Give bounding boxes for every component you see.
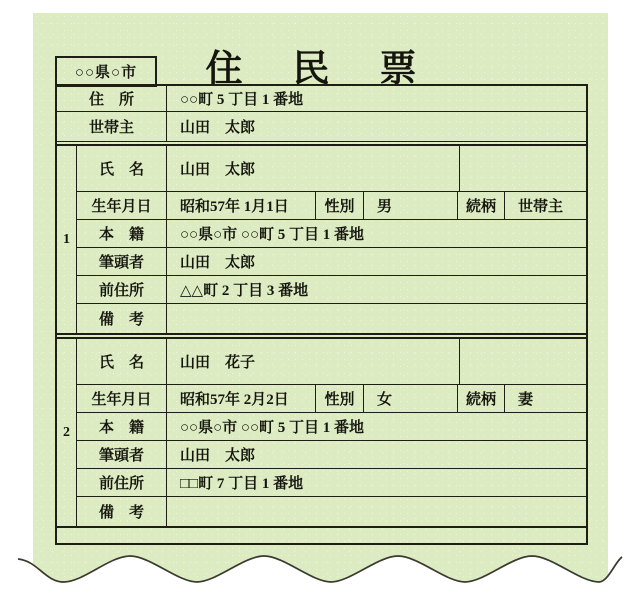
- birth-value: 昭和57年 2月2日: [167, 385, 316, 412]
- domicile-row: 本 籍 ○○県○市 ○○町 5 丁目 1 番地: [77, 413, 586, 441]
- birth-label: 生年月日: [77, 192, 167, 219]
- name-label: 氏 名: [77, 339, 167, 384]
- address-value: ○○町 5 丁目 1 番地: [167, 86, 586, 111]
- remarks-row: 備 考: [77, 304, 586, 333]
- record-block-1: 1 氏 名 山田 太郎 生年月日 昭和57年 1月1日 性別 男 続柄 世帯主 …: [57, 144, 586, 335]
- name-value: 山田 太郎: [167, 146, 460, 191]
- prev-address-row: 前住所 △△町 2 丁目 3 番地: [77, 276, 586, 304]
- address-row: 住 所 ○○町 5 丁目 1 番地: [57, 86, 586, 112]
- prev-address-label: 前住所: [77, 469, 167, 496]
- prev-address-value: □□町 7 丁目 1 番地: [167, 469, 586, 496]
- prev-address-row: 前住所 □□町 7 丁目 1 番地: [77, 469, 586, 497]
- remarks-value: [167, 304, 586, 333]
- remarks-value: [167, 497, 586, 526]
- remarks-label: 備 考: [77, 304, 167, 333]
- residence-certificate-table: 住 所 ○○町 5 丁目 1 番地 世帯主 山田 太郎 1 氏 名 山田 太郎 …: [55, 84, 588, 545]
- birth-value: 昭和57年 1月1日: [167, 192, 316, 219]
- record-rows: 氏 名 山田 太郎 生年月日 昭和57年 1月1日 性別 男 続柄 世帯主 本 …: [77, 146, 586, 333]
- name-extra-cell: [460, 339, 586, 384]
- registrant-row: 筆頭者 山田 太郎: [77, 441, 586, 469]
- householder-row: 世帯主 山田 太郎: [57, 112, 586, 142]
- domicile-label: 本 籍: [77, 413, 167, 440]
- remarks-label: 備 考: [77, 497, 167, 526]
- registrant-value: 山田 太郎: [167, 248, 586, 275]
- householder-label: 世帯主: [57, 112, 167, 141]
- residence-certificate-page: 住民票 ○○県○市 住 所 ○○町 5 丁目 1 番地 世帯主 山田 太郎 1 …: [0, 0, 640, 602]
- birth-row: 生年月日 昭和57年 1月1日 性別 男 続柄 世帯主: [77, 192, 586, 220]
- relation-value: 妻: [505, 385, 586, 412]
- domicile-value: ○○県○市 ○○町 5 丁目 1 番地: [167, 220, 586, 247]
- record-rows: 氏 名 山田 花子 生年月日 昭和57年 2月2日 性別 女 続柄 妻 本 籍 …: [77, 339, 586, 526]
- record-number: 1: [57, 146, 77, 333]
- domicile-row: 本 籍 ○○県○市 ○○町 5 丁目 1 番地: [77, 220, 586, 248]
- registrant-label: 筆頭者: [77, 248, 167, 275]
- sex-label: 性別: [316, 385, 364, 412]
- birth-row: 生年月日 昭和57年 2月2日 性別 女 続柄 妻: [77, 385, 586, 413]
- record-block-2: 2 氏 名 山田 花子 生年月日 昭和57年 2月2日 性別 女 続柄 妻 本 …: [57, 337, 586, 528]
- relation-label: 続柄: [458, 192, 505, 219]
- relation-label: 続柄: [458, 385, 505, 412]
- record-number: 2: [57, 339, 77, 526]
- relation-value: 世帯主: [505, 192, 586, 219]
- issuer-municipality-box: ○○県○市: [55, 56, 157, 87]
- prev-address-value: △△町 2 丁目 3 番地: [167, 276, 586, 303]
- name-row: 氏 名 山田 花子: [77, 339, 586, 385]
- birth-label: 生年月日: [77, 385, 167, 412]
- address-label: 住 所: [57, 86, 167, 111]
- sex-value: 女: [364, 385, 458, 412]
- registrant-label: 筆頭者: [77, 441, 167, 468]
- remarks-row: 備 考: [77, 497, 586, 526]
- name-value: 山田 花子: [167, 339, 460, 384]
- registrant-row: 筆頭者 山田 太郎: [77, 248, 586, 276]
- name-row: 氏 名 山田 太郎: [77, 146, 586, 192]
- name-extra-cell: [460, 146, 586, 191]
- sex-label: 性別: [316, 192, 364, 219]
- name-label: 氏 名: [77, 146, 167, 191]
- sex-value: 男: [364, 192, 458, 219]
- prev-address-label: 前住所: [77, 276, 167, 303]
- householder-value: 山田 太郎: [167, 112, 586, 141]
- domicile-value: ○○県○市 ○○町 5 丁目 1 番地: [167, 413, 586, 440]
- domicile-label: 本 籍: [77, 220, 167, 247]
- registrant-value: 山田 太郎: [167, 441, 586, 468]
